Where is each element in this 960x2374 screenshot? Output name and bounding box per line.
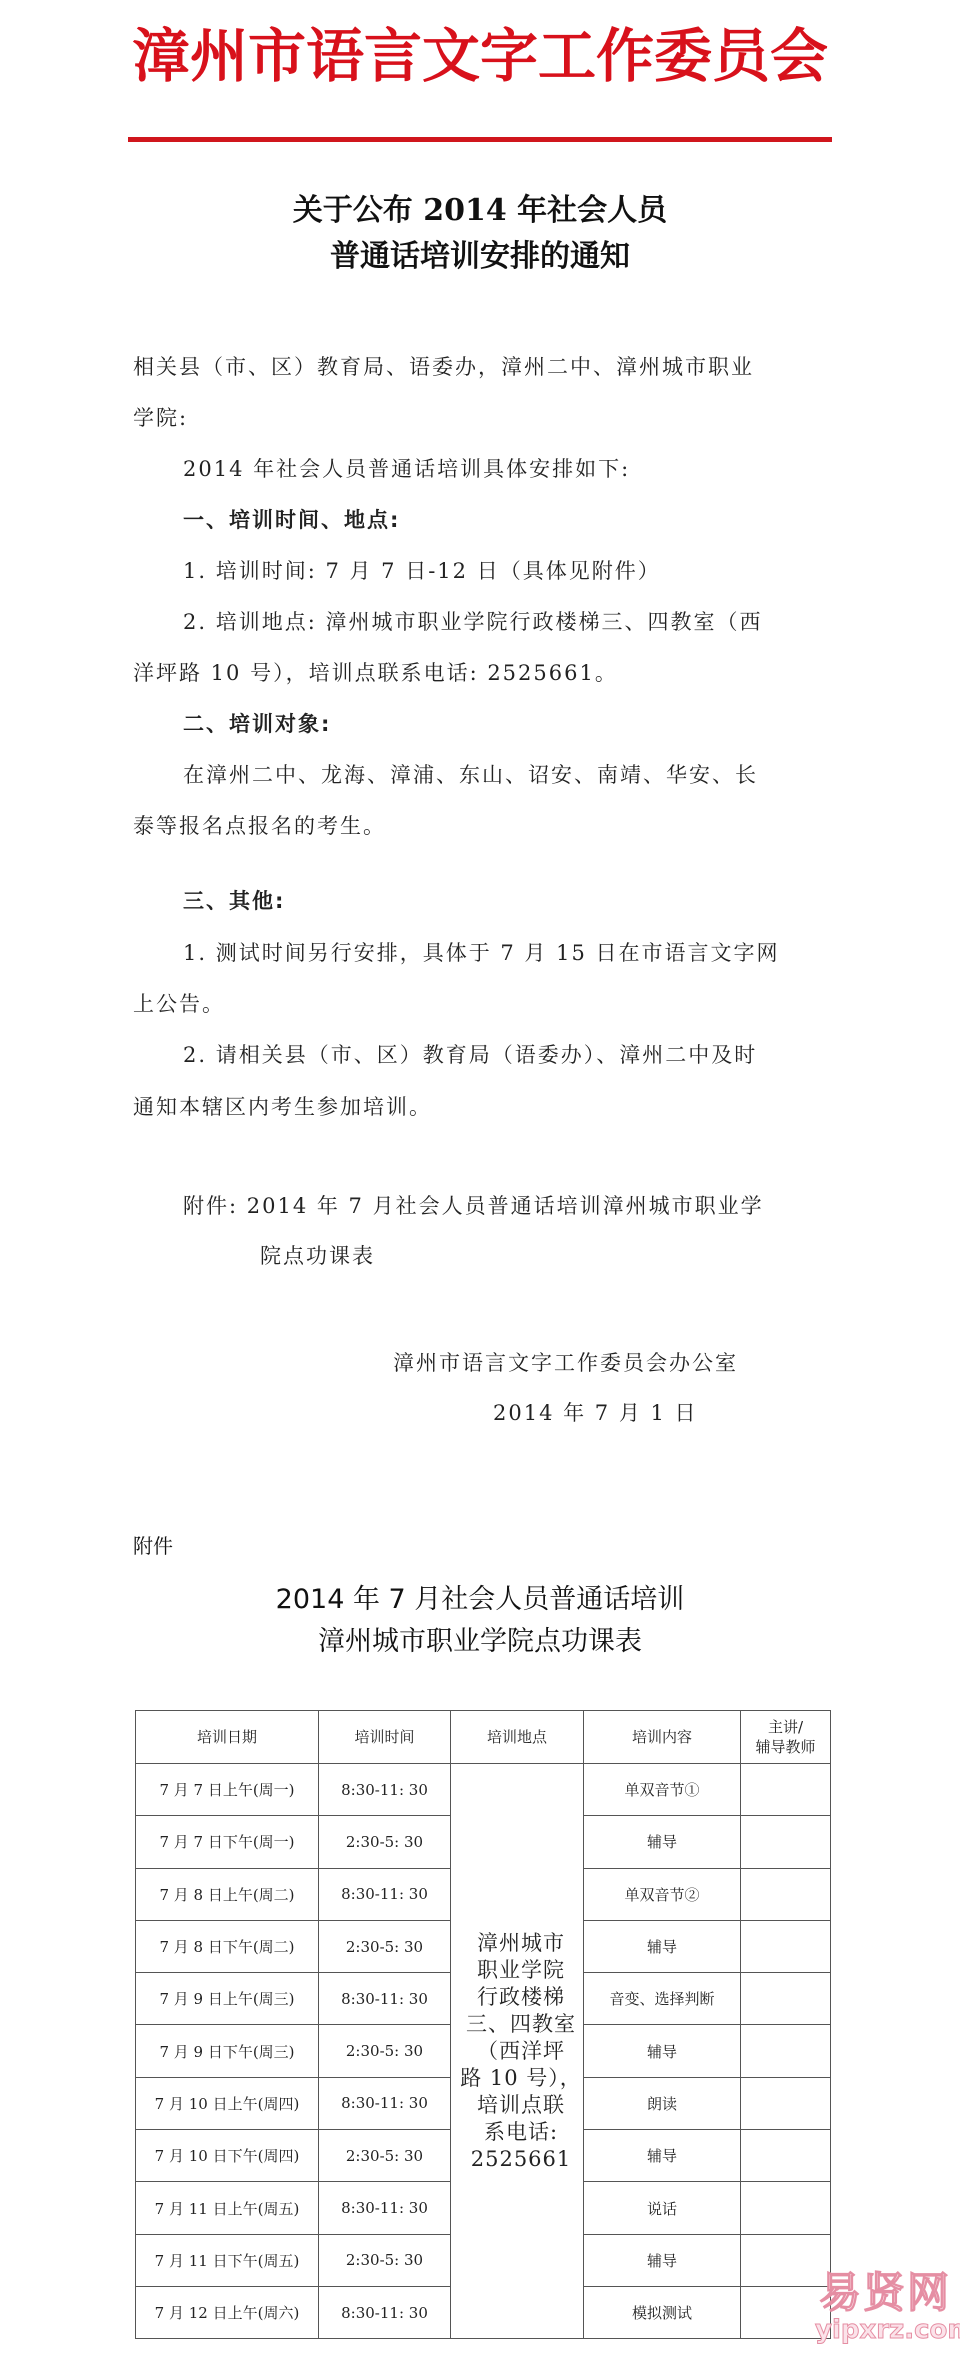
cell-content: 音变、选择判断 (584, 1973, 741, 2025)
cell-content: 单双音节① (584, 1764, 741, 1816)
recipients-line2: 学院: (133, 405, 833, 431)
section1-item2-line2: 洋坪路 10 号），培训点联系电话: 2525661。 (133, 660, 833, 686)
location-line: 漳州城市 (459, 1930, 583, 1957)
letterhead-org-title: 漳州市语言文字工作委员会 (0, 20, 960, 92)
cell-date: 7 月 10 日下午(周四) (136, 2130, 319, 2182)
signature-date: 2014 年 7 月 1 日 (493, 1400, 833, 1426)
cell-time: 2:30-5: 30 (319, 1920, 451, 1972)
table-row: 7 月 7 日上午(周一) 8:30-11: 30 漳州城市 职业学院 行政楼梯… (136, 1764, 831, 1816)
section1-item1: 1. 培训时间: 7 月 7 日-12 日（具体见附件） (183, 558, 833, 584)
section3-item2-line1: 2. 请相关县（市、区）教育局（语委办）、漳州二中及时 (183, 1042, 833, 1068)
section1-heading: 一、培训时间、地点: (183, 507, 833, 533)
section2-heading: 二、培训对象: (183, 711, 833, 737)
section2-text-line2: 泰等报名点报名的考生。 (133, 813, 833, 839)
notice-title: 关于公布 2014 年社会人员 普通话培训安排的通知 (0, 188, 960, 280)
cell-teacher (741, 2130, 831, 2182)
cell-time: 8:30-11: 30 (319, 2182, 451, 2234)
location-line: 职业学院 (459, 1957, 583, 1984)
cell-content: 单双音节② (584, 1868, 741, 1920)
cell-date: 7 月 11 日上午(周五) (136, 2182, 319, 2234)
location-line: 系电话: (459, 2119, 583, 2146)
section2-text-line1: 在漳州二中、龙海、漳浦、东山、诏安、南靖、华安、长 (183, 762, 833, 788)
header-time: 培训时间 (319, 1711, 451, 1764)
table-title-line2: 漳州城市职业学院点功课表 (0, 1622, 960, 1662)
cell-teacher (741, 1920, 831, 1972)
location-line: 2525661 (459, 2146, 583, 2173)
cell-teacher (741, 1764, 831, 1816)
watermark-cn: 易贤网 (815, 2270, 955, 2316)
cell-date: 7 月 11 日下午(周五) (136, 2234, 319, 2286)
attachment-reference-line2: 院点功课表 (260, 1243, 840, 1269)
cell-content: 辅导 (584, 1920, 741, 1972)
watermark-en: yipxrz.com (815, 2316, 955, 2344)
cell-time: 2:30-5: 30 (319, 2025, 451, 2077)
header-teacher-line2: 辅导教师 (741, 1737, 830, 1757)
section3-item1-line2: 上公告。 (133, 991, 833, 1017)
location-line: 行政楼梯 (459, 1984, 583, 2011)
cell-content: 辅导 (584, 2025, 741, 2077)
cell-date: 7 月 12 日上午(周六) (136, 2286, 319, 2338)
section3-heading: 三、其他: (183, 888, 833, 914)
section1-item2-line1: 2. 培训地点: 漳州城市职业学院行政楼梯三、四教室（西 (183, 609, 833, 635)
location-line: 三、四教室 (459, 2011, 583, 2038)
section3-item1-line1: 1. 测试时间另行安排，具体于 7 月 15 日在市语言文字网 (183, 940, 833, 966)
location-line: （西洋坪 (459, 2038, 583, 2065)
cell-content: 说话 (584, 2182, 741, 2234)
header-teacher: 主讲/ 辅导教师 (741, 1711, 831, 1764)
cell-teacher (741, 1816, 831, 1868)
header-date: 培训日期 (136, 1711, 319, 1764)
cell-content: 模拟测试 (584, 2286, 741, 2338)
cell-teacher (741, 2182, 831, 2234)
location-line: 培训点联 (459, 2092, 583, 2119)
cell-time: 8:30-11: 30 (319, 1973, 451, 2025)
intro-paragraph: 2014 年社会人员普通话培训具体安排如下: (183, 456, 833, 482)
header-location: 培训地点 (451, 1711, 584, 1764)
header-content: 培训内容 (584, 1711, 741, 1764)
table-header-row: 培训日期 培训时间 培训地点 培训内容 主讲/ 辅导教师 (136, 1711, 831, 1764)
watermark-logo: 易贤网 yipxrz.com (815, 2270, 955, 2344)
cell-time: 2:30-5: 30 (319, 2234, 451, 2286)
cell-time: 2:30-5: 30 (319, 1816, 451, 1868)
cell-time: 8:30-11: 30 (319, 1868, 451, 1920)
schedule-table: 培训日期 培训时间 培训地点 培训内容 主讲/ 辅导教师 7 月 7 日上午(周… (135, 1710, 831, 2339)
cell-date: 7 月 8 日下午(周二) (136, 1920, 319, 1972)
cell-date: 7 月 7 日上午(周一) (136, 1764, 319, 1816)
cell-content: 朗读 (584, 2077, 741, 2129)
attachment-label: 附件 (133, 1530, 173, 1559)
cell-content: 辅导 (584, 1816, 741, 1868)
cell-time: 2:30-5: 30 (319, 2130, 451, 2182)
header-teacher-line1: 主讲/ (741, 1717, 830, 1737)
recipients-line1: 相关县（市、区）教育局、语委办，漳州二中、漳州城市职业 (133, 354, 833, 380)
cell-date: 7 月 10 日上午(周四) (136, 2077, 319, 2129)
cell-teacher (741, 2077, 831, 2129)
cell-teacher (741, 2025, 831, 2077)
cell-date: 7 月 8 日上午(周二) (136, 1868, 319, 1920)
notice-title-line1: 关于公布 2014 年社会人员 (0, 188, 960, 234)
location-line: 路 10 号）， (459, 2065, 583, 2092)
section3-item2-line2: 通知本辖区内考生参加培训。 (133, 1094, 833, 1120)
notice-title-line2: 普通话培训安排的通知 (0, 234, 960, 280)
cell-teacher (741, 1868, 831, 1920)
cell-time: 8:30-11: 30 (319, 2286, 451, 2338)
cell-teacher (741, 1973, 831, 2025)
cell-time: 8:30-11: 30 (319, 2077, 451, 2129)
cell-date: 7 月 7 日下午(周一) (136, 1816, 319, 1868)
cell-date: 7 月 9 日上午(周三) (136, 1973, 319, 2025)
table-title-line1: 2014 年 7 月社会人员普通话培训 (0, 1580, 960, 1620)
cell-location: 漳州城市 职业学院 行政楼梯 三、四教室 （西洋坪 路 10 号）， 培训点联 … (451, 1764, 584, 2339)
attachment-reference-line1: 附件: 2014 年 7 月社会人员普通话培训漳州城市职业学 (183, 1193, 833, 1219)
cell-date: 7 月 9 日下午(周三) (136, 2025, 319, 2077)
cell-content: 辅导 (584, 2130, 741, 2182)
cell-time: 8:30-11: 30 (319, 1764, 451, 1816)
letterhead-red-rule (128, 137, 832, 142)
signature-org: 漳州市语言文字工作委员会办公室 (393, 1350, 833, 1376)
cell-content: 辅导 (584, 2234, 741, 2286)
